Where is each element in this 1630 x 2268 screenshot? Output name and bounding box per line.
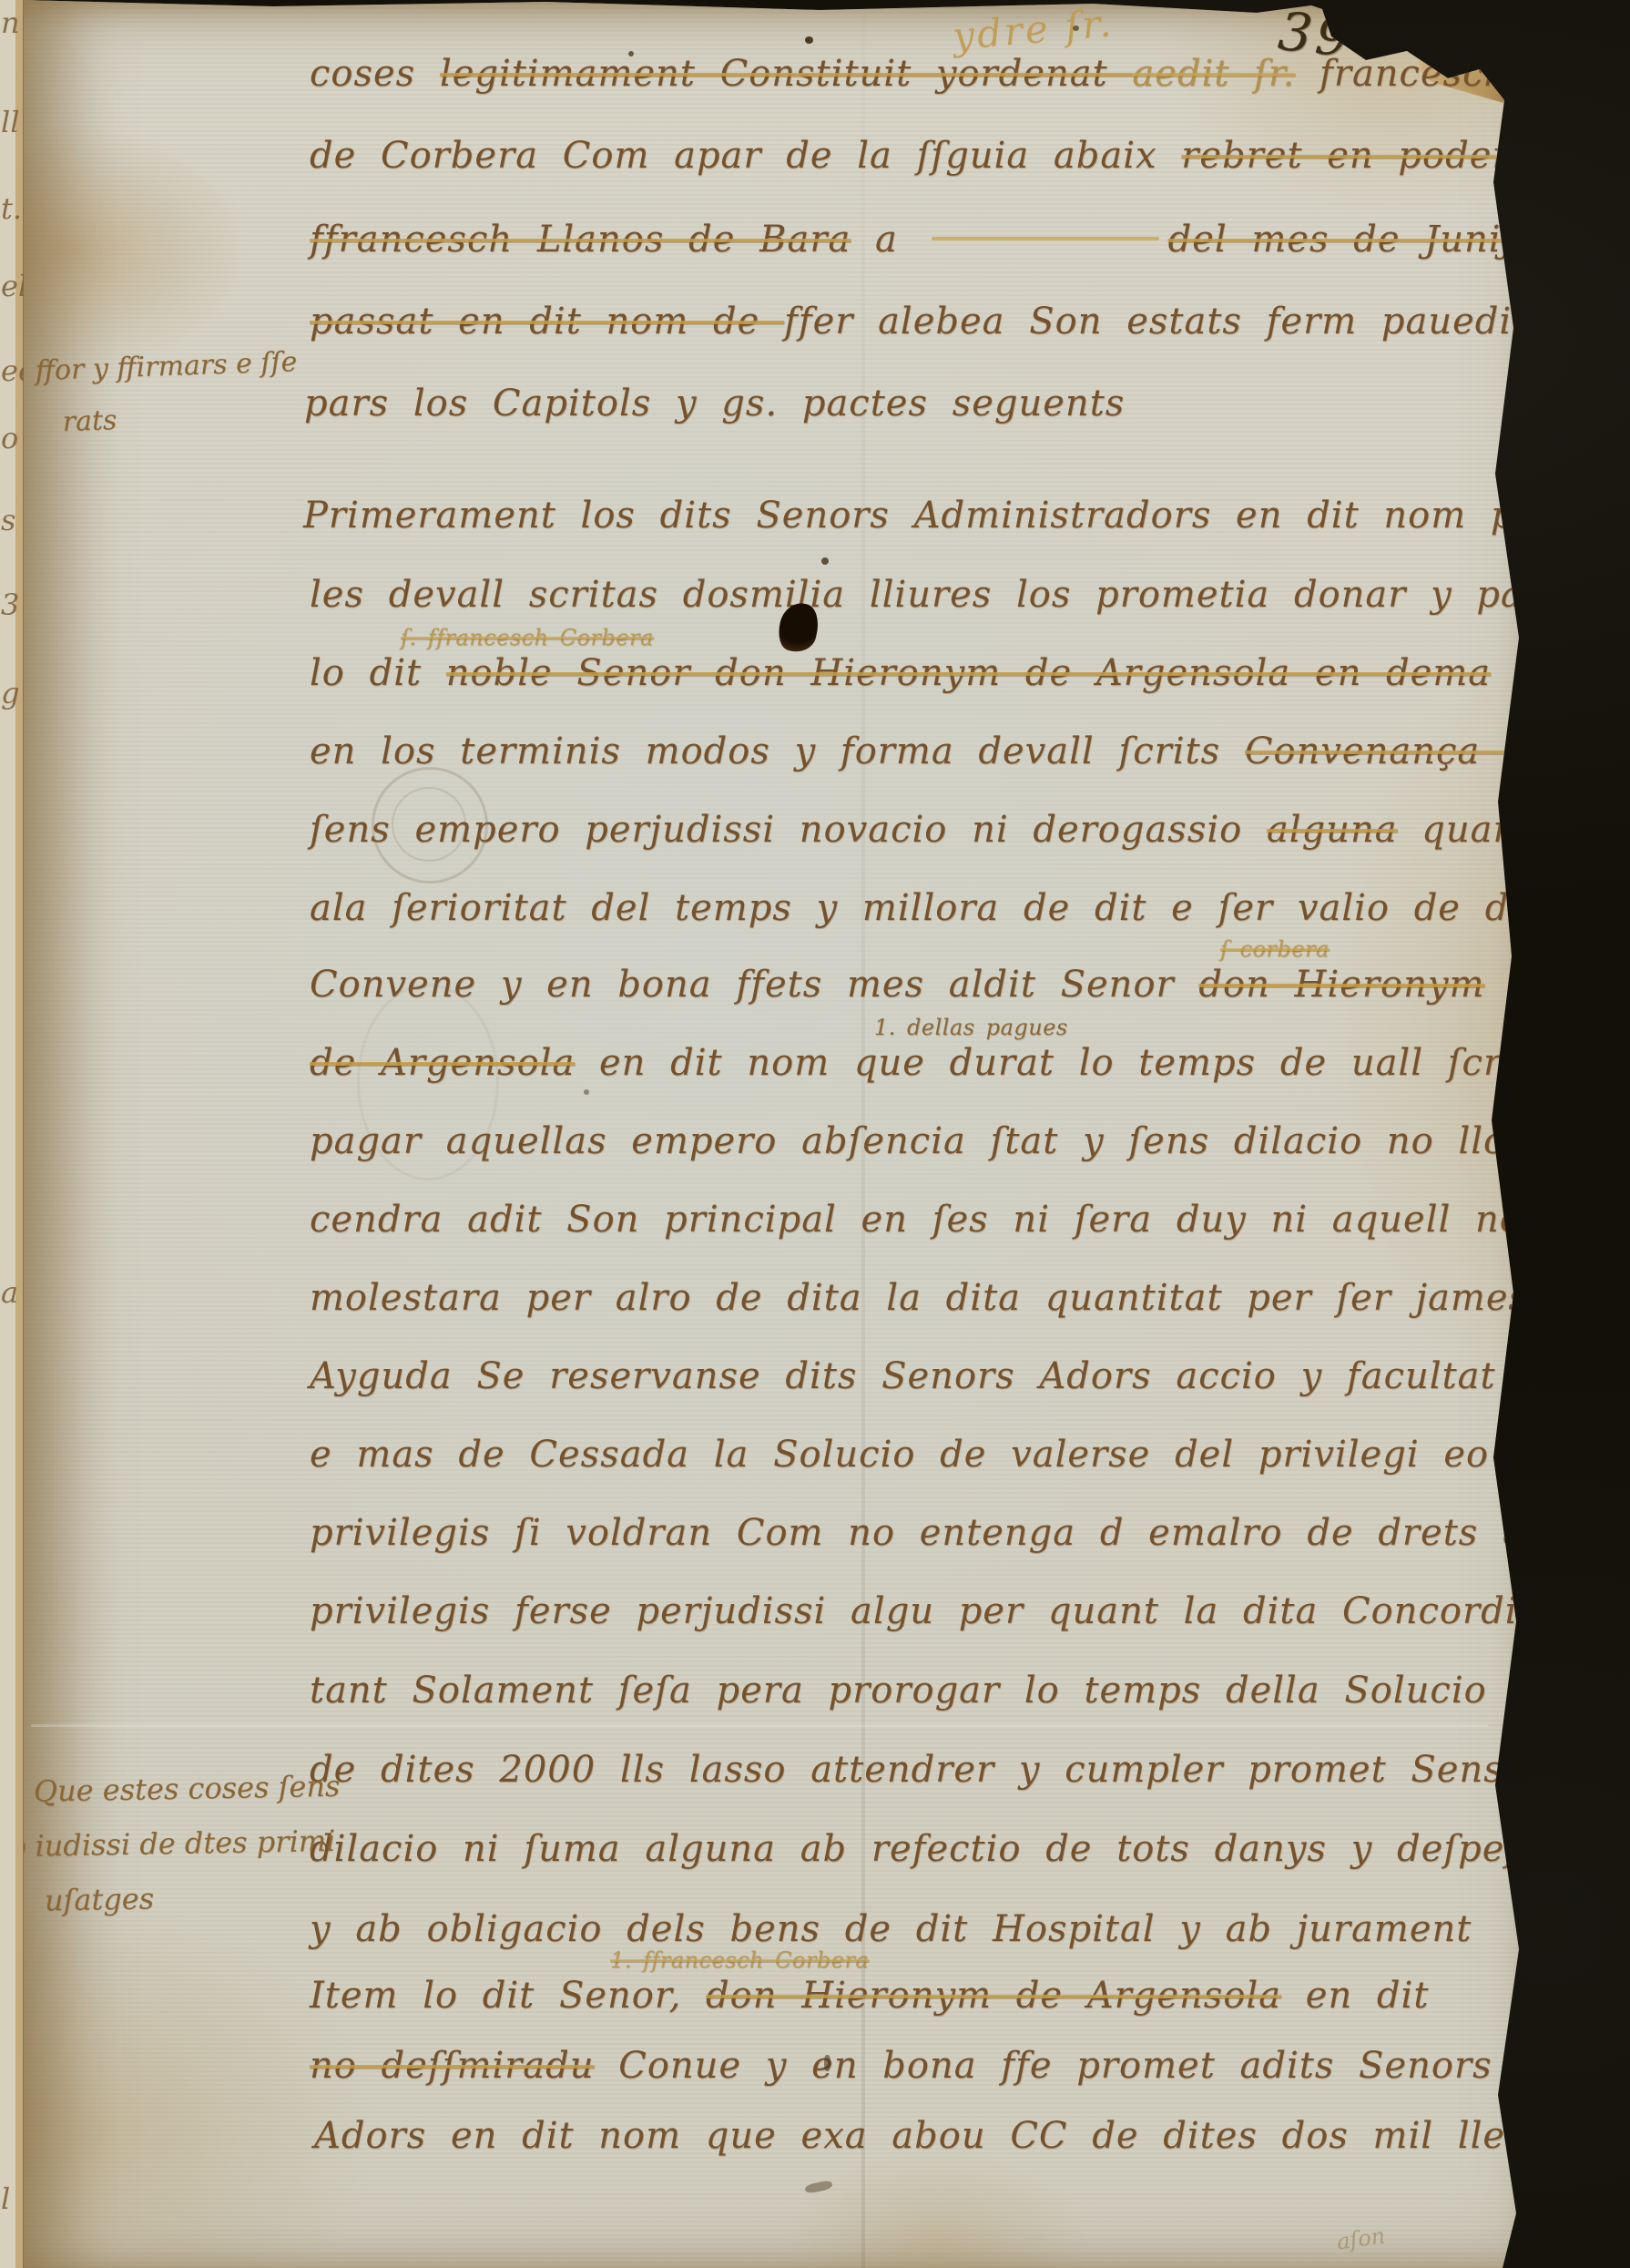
manuscript-line: ſens empero perjudissi novacio ni deroga…	[310, 809, 1533, 851]
scan-background: nllt.eleeos3gal ydre ſr. 39 coses legiti…	[0, 0, 1630, 2268]
manuscript-line: Adors en dit nom que exa abou CC de dite…	[314, 2115, 1590, 2157]
corner-mark: aſon	[1335, 2222, 1386, 2254]
line-segment: ffer alebea Son estats ferm pauedi dits	[784, 301, 1608, 342]
line-segment: lo dit	[310, 652, 446, 694]
line-segment: de Corbera Com apar de la ſſguia abaix	[310, 135, 1181, 177]
margin-note-1: ffor y ffirmars e ſſerats	[35, 346, 301, 459]
edge-fragment: g	[1, 676, 25, 710]
manuscript-line: y ab obligacio dels bens de dit Hospital…	[310, 1908, 1472, 1950]
line-segment: Ayguda Se reservanse dits Senors Adors a…	[310, 1355, 1496, 1397]
line-segment: privilegis ſi voldran Com no entenga d e…	[310, 1512, 1605, 1554]
manuscript-line: les devall scritas dosmilia lliures los …	[310, 574, 1588, 616]
edge-fragment: 3	[1, 587, 25, 622]
manuscript-line: de dites 2000 lls lasso attendrer y cump…	[310, 1749, 1503, 1791]
line-segment: Conue y en bona ffe promet adits Senors	[595, 2045, 1492, 2087]
manuscript-line: de Corbera Com apar de la ſſguia abaix r…	[310, 135, 1582, 177]
line-segment: coses	[310, 53, 440, 95]
edge-fragment: l	[1, 2181, 25, 2216]
line-segment: passat en dit nom de	[310, 301, 784, 342]
manuscript-line: cendra adit Son principal en ſes ni ſera…	[310, 1199, 1523, 1241]
strike-blank	[932, 237, 1159, 240]
line-segment: Argensola en dema	[1072, 652, 1491, 694]
header-note: ydre ſr.	[951, 0, 1116, 58]
margin-note-line: p iudissi de dtes primi	[7, 1824, 336, 1864]
manuscript-page: ydre ſr. 39 coses legitimament Constitui…	[24, 0, 1548, 2268]
watermark-ring	[392, 787, 466, 862]
ink-speck	[584, 1089, 589, 1095]
manuscript-line: coses legitimament Constituit yordenat a…	[310, 53, 1531, 95]
line-segment: pagar aquellas empero abſencia ſtat y ſe…	[310, 1120, 1531, 1162]
edge-fragment: a	[1, 1275, 25, 1310]
line-segment: don Hieronym	[1198, 964, 1484, 1006]
margin-note-2: Que estes coses ſensp iudissi de dtes pr…	[5, 1769, 337, 1938]
manuscript-line: pars los Capitols y gs. pactes seguents	[304, 383, 1125, 424]
edge-fragment: o	[1, 421, 25, 455]
line-segment: en dit	[1281, 1975, 1429, 2017]
horizontal-crease	[31, 1724, 1488, 1727]
manuscript-line: Convene y en bona ffets mes aldit Senor …	[310, 964, 1484, 1006]
interlinear-insert: 1. dellas pagues	[874, 1015, 1068, 1040]
line-segment: en los terminis modos y forma devall ſcr…	[310, 730, 1245, 772]
vertical-crease	[861, 0, 865, 2268]
line-segment: ala ſerioritat del temps y millora de di…	[310, 887, 1630, 929]
line-segment: e mas de Cessada la Solucio de valerse d…	[310, 1434, 1592, 1476]
line-segment: don Hieronym de Argensola	[706, 1975, 1281, 2017]
line-segment: alguna	[1267, 809, 1398, 851]
line-segment: aedit ſr.	[1132, 53, 1295, 95]
watermark-ring	[357, 984, 499, 1180]
edge-fragment: el	[1, 269, 25, 303]
manuscript-line: Primerament los dits Senors Administrado…	[303, 495, 1555, 536]
interlinear-insert: 1. ffrancesch Corbera	[610, 1947, 869, 1973]
edge-fragment: ee	[1, 353, 25, 388]
manuscript-line: dilacio ni ſuma alguna ab refectio de to…	[310, 1828, 1562, 1870]
manuscript-line: ala ſerioritat del temps y millora de di…	[310, 887, 1630, 929]
line-segment: quant	[1398, 809, 1533, 851]
line-segment: noble Senor don Hieronym de	[446, 652, 1072, 694]
ink-speck	[1073, 26, 1079, 31]
line-segment: legitimament	[440, 53, 696, 95]
edge-fragment: s	[1, 503, 25, 537]
ink-speck	[628, 51, 634, 56]
line-segment: Constituit yordenat	[696, 53, 1132, 95]
line-segment: francescho	[1295, 53, 1531, 95]
interlinear-insert: ſ corbera	[1220, 936, 1329, 962]
margin-note-line: uſatges	[45, 1877, 373, 1917]
interlinear-insert: ſ. ffrancesch Corbera	[401, 625, 654, 650]
line-segment: en dit nom que durat	[575, 1042, 1078, 1084]
ink-speck	[805, 36, 813, 44]
manuscript-line: molestara per alro de dita la dita quant…	[310, 1277, 1624, 1319]
manuscript-line: ffrancesch Llanos de Bara a del mes de J…	[310, 219, 1630, 261]
line-segment: no deſſmiradu	[310, 2045, 595, 2087]
line-segment: tant Solament ſeſa pera prorogar lo temp…	[310, 1670, 1487, 1711]
line-segment: Item lo dit Senor,	[310, 1975, 706, 2017]
line-segment: y ab obligacio dels bens de dit Hospital…	[310, 1908, 1472, 1950]
line-segment: molestara per alro de dita la dita quant…	[310, 1277, 1624, 1319]
manuscript-line: passat en dit nom de ffer alebea Son est…	[310, 301, 1608, 342]
line-segment: privilegis ferse perjudissi algu per qua…	[310, 1590, 1540, 1632]
line-segment: dilacio ni ſuma alguna ab refectio de to…	[310, 1828, 1562, 1870]
margin-note-line: Que estes coses ſens	[33, 1768, 362, 1808]
manuscript-line: privilegis ſi voldran Com no entenga d e…	[310, 1512, 1605, 1554]
line-segment: Convenança en lo ui	[1245, 730, 1630, 772]
line-segment: les devall scritas dosmilia lliures los …	[310, 574, 1588, 616]
line-segment: del mes de Junij proxim	[1168, 219, 1630, 261]
manuscript-line: lo dit noble Senor don Hieronym de Argen…	[310, 652, 1491, 694]
edge-fragment: t.	[1, 191, 25, 226]
line-segment: de dites 2000 lls lasso attendrer y cump…	[310, 1749, 1503, 1791]
line-segment: cendra adit Son principal en ſes ni ſera…	[310, 1199, 1523, 1241]
edge-fragment: n	[1, 5, 25, 40]
manuscript-line: no deſſmiradu Conue y en bona ffe promet…	[310, 2045, 1492, 2087]
line-segment: ffrancesch Llanos de Bara	[310, 219, 851, 261]
manuscript-line: Ayguda Se reservanse dits Senors Adors a…	[310, 1355, 1496, 1397]
margin-note-line: rats	[62, 397, 325, 438]
manuscript-line: e mas de Cessada la Solucio de valerse d…	[310, 1434, 1592, 1476]
line-segment: lo temps de uall ſcritas	[1079, 1042, 1573, 1084]
manuscript-line: pagar aquellas empero abſencia ſtat y ſe…	[310, 1120, 1531, 1162]
ink-smudge	[804, 2180, 832, 2194]
edge-fragment: ll	[1, 105, 25, 139]
margin-note-line: ffor y ffirmars e ſſe	[35, 346, 298, 387]
manuscript-line: Item lo dit Senor, don Hieronym de Argen…	[310, 1975, 1429, 2017]
manuscript-line: privilegis ferse perjudissi algu per qua…	[310, 1590, 1540, 1632]
line-segment: rebret en poder de	[1181, 135, 1581, 177]
ink-speck	[824, 2055, 830, 2071]
line-segment: Adors en dit nom que exa abou CC de dite…	[314, 2115, 1590, 2157]
ink-speck	[821, 557, 829, 565]
line-segment: Primerament los dits Senors Administrado…	[303, 495, 1555, 536]
manuscript-line: tant Solament ſeſa pera prorogar lo temp…	[310, 1670, 1487, 1711]
manuscript-line: en los terminis modos y forma devall ſcr…	[310, 730, 1630, 772]
line-segment: pars los Capitols y gs. pactes seguents	[304, 383, 1125, 424]
line-segment: mes aldit Senor	[847, 964, 1198, 1006]
